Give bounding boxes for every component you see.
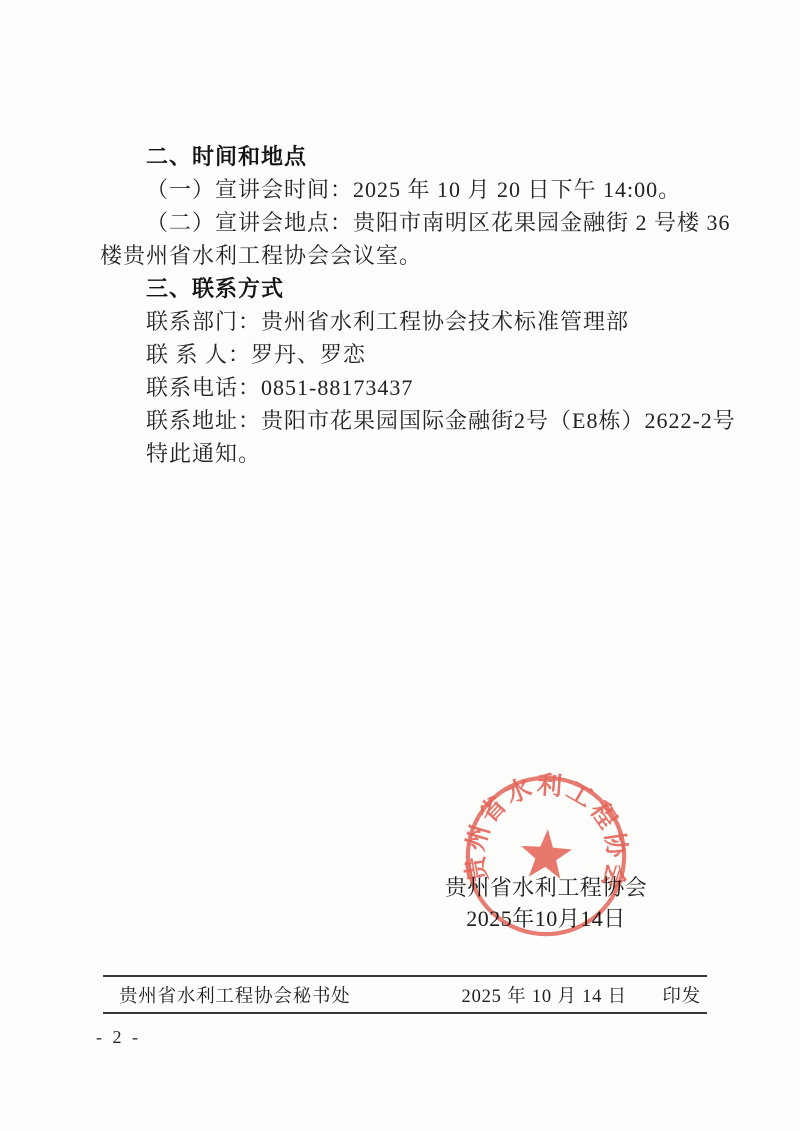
section-heading-contact: 三、联系方式 — [100, 272, 720, 305]
contact-person-line: 联 系 人：罗丹、罗恋 — [100, 338, 720, 371]
document-page: 二、时间和地点 （一）宣讲会时间：2025 年 10 月 20 日下午 14:0… — [0, 0, 800, 1131]
contact-department-line: 联系部门：贵州省水利工程协会技术标准管理部 — [100, 305, 720, 338]
seal-star-icon — [519, 827, 573, 879]
page-number: - 2 - — [96, 1027, 141, 1048]
contact-phone-line: 联系电话：0851-88173437 — [100, 371, 720, 404]
meeting-place-line-2: 楼贵州省水利工程协会会议室。 — [100, 239, 720, 272]
meeting-time-line: （一）宣讲会时间：2025 年 10 月 20 日下午 14:00。 — [100, 173, 720, 206]
footer-issuer: 贵州省水利工程协会秘书处 — [119, 982, 351, 1008]
footer-rule-bottom — [103, 1012, 707, 1014]
footer-rule-top — [103, 975, 707, 977]
official-seal-stamp: 贵州省水利工程协会 — [456, 766, 635, 945]
document-body: 二、时间和地点 （一）宣讲会时间：2025 年 10 月 20 日下午 14:0… — [100, 140, 720, 470]
footer-issue-info: 2025 年 10 月 14 日 印发 — [462, 982, 701, 1008]
meeting-place-line-1: （二）宣讲会地点：贵阳市南明区花果园金融街 2 号楼 36 — [100, 206, 720, 239]
footer-issue-label: 印发 — [662, 987, 701, 1007]
footer-colophon: 贵州省水利工程协会秘书处 2025 年 10 月 14 日 印发 — [103, 978, 707, 1011]
section-heading-time-location: 二、时间和地点 — [100, 140, 720, 173]
footer-issue-date: 2025 年 10 月 14 日 — [462, 987, 627, 1007]
contact-address-line: 联系地址：贵阳市花果园国际金融街2号（E8栋）2622-2号 — [100, 404, 720, 437]
closing-line: 特此通知。 — [100, 437, 720, 470]
